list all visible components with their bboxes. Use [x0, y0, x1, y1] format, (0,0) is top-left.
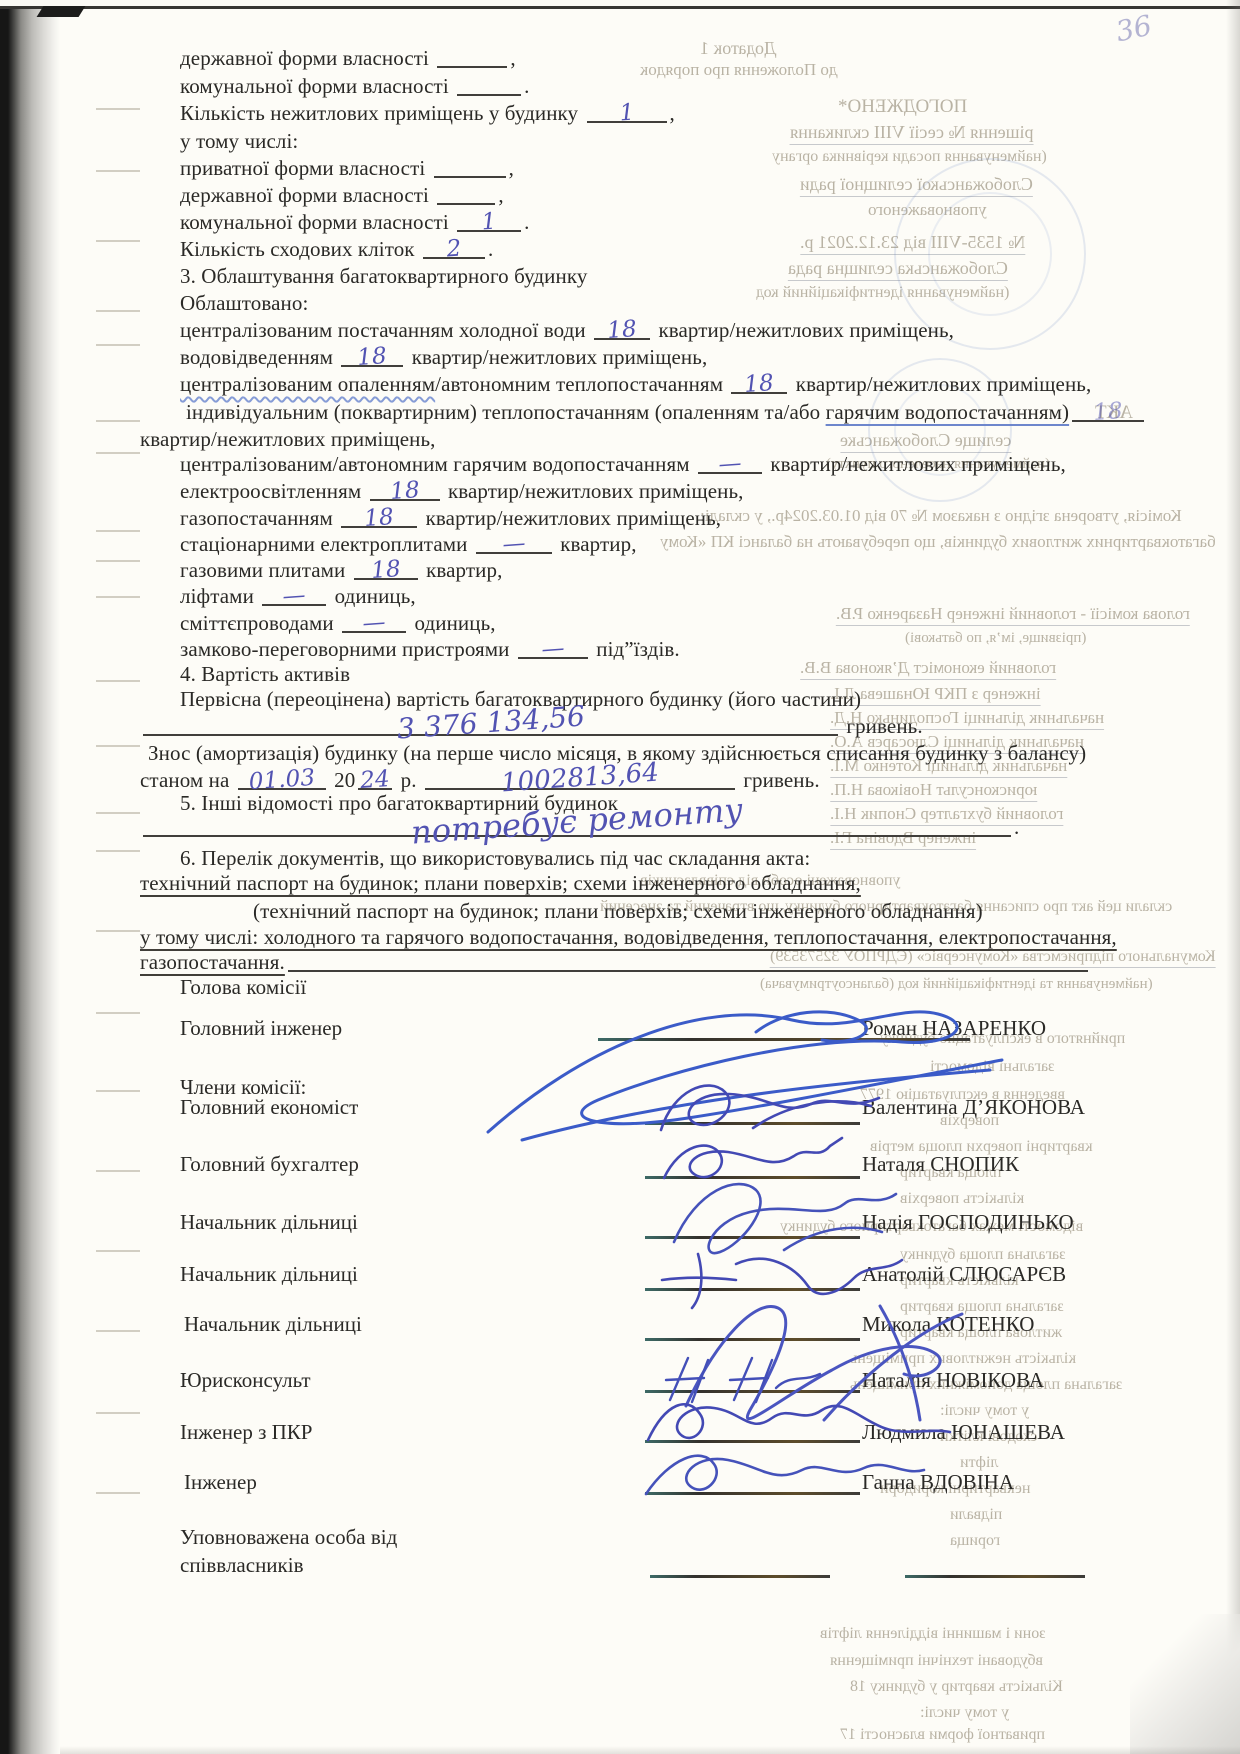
signatures-layer — [0, 0, 1240, 1754]
scanned-document-page: Додаток 1до Положення про порядокПОГОДЖЕ… — [0, 0, 1240, 1754]
signature-scribble-vdovina — [624, 1438, 939, 1510]
